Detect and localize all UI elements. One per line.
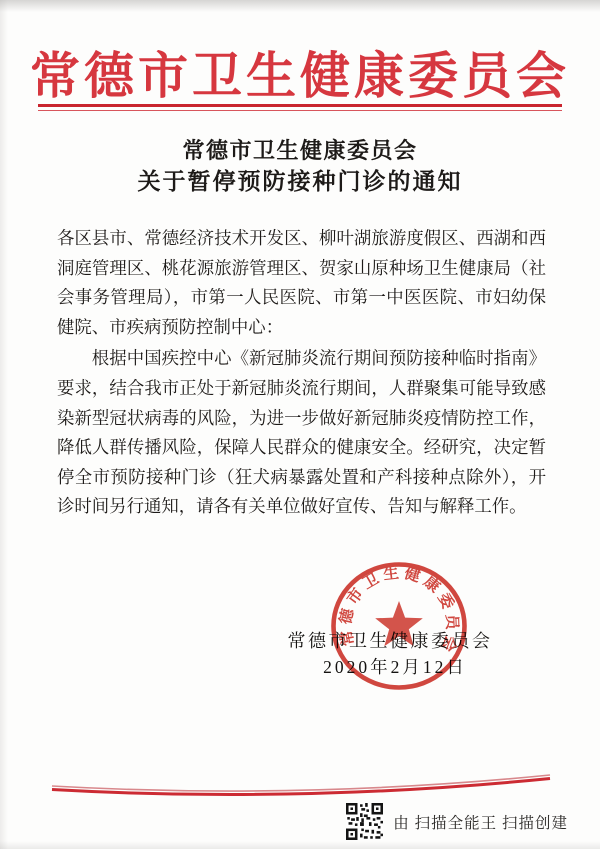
letterhead-org-name: 常德市卫生健康委员会 (0, 36, 600, 108)
scan-shadow-bottom (0, 841, 600, 849)
document-title-line1: 常德市卫生健康委员会 (0, 136, 600, 166)
seal-star-icon (375, 601, 423, 646)
scan-shadow-top (0, 0, 600, 12)
scan-shadow-left (0, 0, 8, 849)
letterhead-divider-thin-line (38, 110, 562, 112)
qr-code-icon (346, 803, 383, 840)
scan-attribution-footer: 由 扫描全能王 扫描创建 (346, 803, 568, 840)
official-seal: 常德市卫生健康委员会 (326, 556, 472, 696)
recipients-paragraph: 各区县市、常德经济技术开发区、柳叶湖旅游度假区、西湖和西洞庭管理区、桃花源旅游管… (57, 224, 546, 342)
scanned-document-page: 常德市卫生健康委员会 常德市卫生健康委员会 关于暂停预防接种门诊的通知 各区县市… (0, 0, 600, 849)
main-paragraph: 根据中国疾控中心《新冠肺炎流行期间预防接种临时指南》要求，结合我市正处于新冠肺炎… (57, 344, 546, 522)
document-title: 常德市卫生健康委员会 关于暂停预防接种门诊的通知 (0, 136, 600, 198)
scan-attribution-text: 由 扫描全能王 扫描创建 (393, 811, 568, 833)
letterhead-divider (38, 104, 562, 111)
bottom-divider-thin-line (52, 775, 550, 791)
document-body: 各区县市、常德经济技术开发区、柳叶湖旅游度假区、西湖和西洞庭管理区、桃花源旅游管… (57, 224, 546, 522)
document-title-line2: 关于暂停预防接种门诊的通知 (0, 166, 600, 198)
